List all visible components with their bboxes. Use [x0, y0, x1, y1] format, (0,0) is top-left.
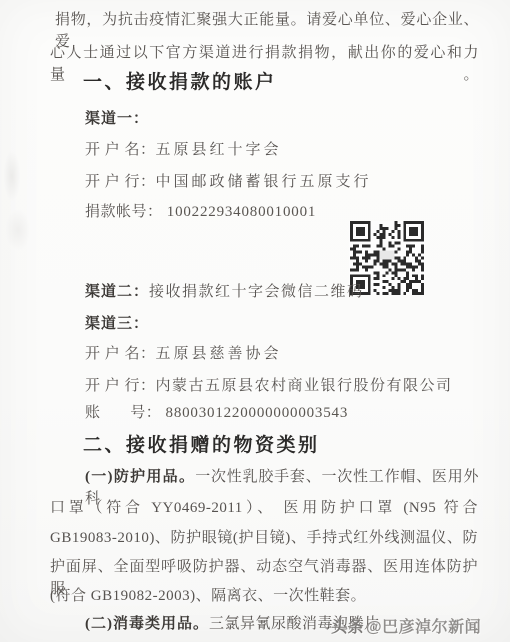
section1-heading: 一、接收捐款的账户 [83, 72, 277, 94]
channel1-bank-row: 开 户 行：中国邮政储蓄银行五原支行 [85, 171, 372, 193]
bank-value: 中国邮政储蓄银行五原支行 [156, 174, 372, 190]
scan-smudge [0, 140, 60, 260]
donation-account-number: 100222934080010001 [167, 204, 316, 220]
document-page: 捐物，为抗击疫情汇聚强大正能量。请爱心单位、爱心企业、爱 心人士通过以下官方渠道… [0, 0, 510, 642]
item2-label: (二)消毒类用品。 [85, 616, 209, 632]
channel2-description: 接收捐款红十字会微信二维码 [149, 284, 364, 300]
channel3-account-number-row: 账 号： 8800301220000000003543 [85, 402, 348, 424]
channel3-bank-row: 开 户 行：内蒙古五原县农村商业银行股份有限公司 [85, 375, 453, 397]
account-name-label: 开 户 名： [85, 142, 156, 158]
channel2-row: 渠道二：接收捐款红十字会微信二维码 [85, 281, 364, 303]
channel2-label: 渠道二： [85, 284, 149, 300]
channel1-donation-account-row: 捐款帐号： 100222934080010001 [85, 201, 316, 223]
channel3-account-name-row: 开 户 名：五原县慈善协会 [85, 343, 282, 365]
account-number-label: 账 号： [85, 405, 161, 421]
bank-label: 开 户 行： [85, 378, 156, 394]
item1-line-3: GB19083-2010)、防护眼镜(护目镜)、手持式红外线测温仪、防 [50, 527, 478, 549]
channel1-label: 渠道一： [85, 108, 149, 130]
item1-label: (一)防护用品。 [85, 469, 195, 485]
account-number-value: 8800301220000000003543 [166, 405, 349, 421]
watermark-handle: @巴彦淖尔新闻 [366, 619, 481, 636]
bank-label: 开 户 行： [85, 174, 156, 190]
account-name-value: 五原县慈善协会 [156, 346, 282, 362]
item1-line-5: (符合 GB19082-2003)、隔离衣、一次性鞋套。 [50, 585, 366, 607]
bank-value: 内蒙古五原县农村商业银行股份有限公司 [156, 378, 453, 394]
account-name-value: 五原县红十字会 [156, 142, 282, 158]
item1-line-2: 口罩（符合 YY0469-2011）、 医用防护口罩 (N95 符合 [50, 497, 478, 519]
toutiao-logo: 头条 [331, 619, 364, 636]
channel3-label: 渠道三： [85, 313, 149, 335]
toutiao-watermark: 头条@巴彦淖尔新闻 [331, 614, 481, 637]
account-name-label: 开 户 名： [85, 346, 156, 362]
donation-account-label: 捐款帐号： [85, 204, 163, 220]
channel1-account-name-row: 开 户 名：五原县红十字会 [85, 139, 282, 161]
section2-heading: 二、接收捐赠的物资类别 [83, 435, 320, 457]
